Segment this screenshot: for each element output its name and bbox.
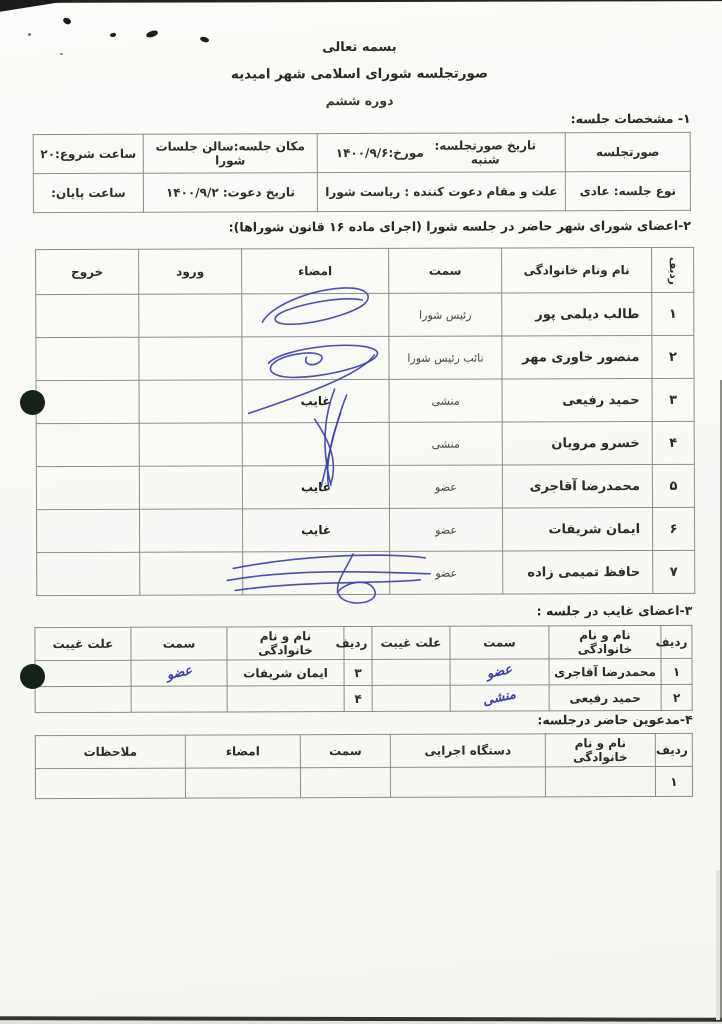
invite-date-cell: تاریخ دعوت: ۱۴۰۰/۹/۲ <box>143 173 317 213</box>
absent-row: ۱ محمدرضا آقاجری عضو ۳ ایمان شریفات عضو <box>35 658 692 686</box>
absent-label: غایب <box>301 480 331 494</box>
absent-label: غایب <box>301 523 331 537</box>
signature-cell <box>242 293 389 337</box>
exit-cell <box>36 423 139 466</box>
section3-heading: ۳-اعضای غایب در جلسه : <box>537 603 693 619</box>
member-position: رئیس شورا <box>389 293 502 336</box>
inviter-cell: علت و مقام دعوت کننده : ریاست شورا <box>317 172 565 212</box>
col-notes-header: ملاحظات <box>35 735 185 769</box>
exit-cell <box>37 552 140 595</box>
absent-name: ایمان شریفات <box>227 660 344 686</box>
absent-position-cell: عضو <box>450 659 549 685</box>
scanned-document-page: بسمه تعالی صورتجلسه شورای اسلامی شهر امی… <box>0 0 722 1024</box>
row-header-label: ردیف <box>667 257 679 285</box>
table-header-row: ردیف نام ونام خانوادگی سمت امضاء ورود خر… <box>36 247 694 294</box>
handwritten-position: عضو <box>485 662 513 682</box>
member-no: ۱ <box>652 292 694 335</box>
member-name: حافظ تمیمی زاده <box>503 550 653 594</box>
absent-position-cell: عضو <box>131 660 227 686</box>
meeting-location-cell: مکان جلسه:سالن جلسات شورا <box>143 134 317 174</box>
table-row: صورتجلسه تاریخ صورتجلسه: شنبه مورخ:۱۴۰۰/… <box>33 132 690 173</box>
absent-row: ۲ حمید رفیعی منشی ۴ <box>35 684 692 712</box>
invitee-notes <box>35 768 185 799</box>
member-row: ۳ حمید رفیعی منشی غایب <box>36 378 694 423</box>
col-agency-header: دستگاه اجرایی <box>390 734 545 768</box>
col-exit-header: خروج <box>36 249 139 294</box>
member-no: ۵ <box>652 464 694 507</box>
entry-cell <box>139 337 242 380</box>
absent-reason-cell <box>372 659 450 685</box>
col-row-header: ردیف <box>661 625 692 658</box>
member-row: ۷ حافظ تمیمی زاده عضو <box>37 550 695 595</box>
basmala-line: بسمه تعالی <box>0 39 720 57</box>
member-name: طالب دیلمی پور <box>502 292 652 336</box>
absent-position-cell <box>131 686 227 712</box>
member-position: منشی <box>389 422 502 465</box>
meeting-date-value: مورخ:۱۴۰۰/۹/۶ <box>336 146 424 160</box>
col-reason-header: علت غیبت <box>35 627 131 660</box>
absent-label: غایب <box>301 394 331 408</box>
entry-cell <box>139 380 242 423</box>
member-no: ۷ <box>653 550 695 593</box>
meeting-type-cell: نوع جلسه: عادی <box>565 171 690 210</box>
col-position-header: سمت <box>450 626 549 659</box>
exit-cell <box>36 466 139 509</box>
handwritten-position: عضو <box>165 663 193 683</box>
member-no: ۴ <box>652 421 694 464</box>
member-row: ۲ منصور خاوری مهر نائب رئیس شورا <box>36 335 694 380</box>
handwritten-position: منشی <box>482 687 518 709</box>
absent-no: ۱ <box>661 658 692 684</box>
invitee-name <box>545 766 655 796</box>
table-row: نوع جلسه: عادی علت و مقام دعوت کننده : ر… <box>33 171 690 212</box>
member-no: ۲ <box>652 335 694 378</box>
document-title: صورتجلسه شورای اسلامی شهر امیدیه <box>0 65 720 84</box>
member-name: خسرو مرویان <box>502 421 652 465</box>
absent-reason-cell <box>372 685 450 711</box>
absent-reason-cell <box>35 660 131 686</box>
col-name-header: نام و نام خانوادگی <box>549 625 661 658</box>
absent-name: حمید رفیعی <box>549 684 661 710</box>
signature-cell: غایب <box>242 508 389 552</box>
col-position-header: سمت <box>131 627 227 660</box>
member-row: ۵ محمدرضا آقاجری عضو غایب <box>36 464 694 509</box>
meeting-info-table: صورتجلسه تاریخ صورتجلسه: شنبه مورخ:۱۴۰۰/… <box>33 132 691 213</box>
invitee-row: ۱ <box>35 766 692 798</box>
member-name: ایمان شریفات <box>502 507 652 551</box>
member-row: ۴ خسرو مرویان منشی <box>36 421 694 466</box>
absent-no: ۴ <box>344 685 372 711</box>
end-time-cell: ساعت پایان: <box>33 173 143 212</box>
col-name-header: نام و نام خانوادگی <box>227 627 344 660</box>
signature-cell <box>243 551 390 595</box>
absent-members-table: ردیف نام و نام خانوادگی سمت علت غیبت ردی… <box>34 625 692 713</box>
member-position: عضو <box>390 551 503 594</box>
document-term: دوره ششم <box>0 92 721 110</box>
col-position-header: سمت <box>389 248 502 293</box>
member-row: ۶ ایمان شریفات عضو غایب <box>36 507 694 552</box>
meeting-label-cell: صورتجلسه <box>565 132 690 171</box>
absent-name: محمدرضا آقاجری <box>549 658 661 684</box>
absent-no: ۲ <box>661 684 692 710</box>
invitee-agency <box>390 767 545 798</box>
signature-cell: غایب <box>242 465 389 509</box>
document-header: بسمه تعالی صورتجلسه شورای اسلامی شهر امی… <box>0 39 721 110</box>
entry-cell <box>139 294 242 337</box>
invitee-signature <box>185 768 300 798</box>
col-name-header: نام و نام خانوادگی <box>545 733 655 766</box>
entry-cell <box>139 466 242 509</box>
present-members-table: ردیف نام ونام خانوادگی سمت امضاء ورود خر… <box>35 247 695 596</box>
col-signature-header: امضاء <box>242 248 389 294</box>
member-name: حمید رفیعی <box>502 378 652 422</box>
document-content: بسمه تعالی صورتجلسه شورای اسلامی شهر امی… <box>0 0 722 1024</box>
entry-cell <box>139 509 242 552</box>
member-position: منشی <box>389 379 502 422</box>
exit-cell <box>36 294 139 337</box>
member-position: عضو <box>389 508 502 551</box>
invitee-no: ۱ <box>655 766 692 796</box>
meeting-date-cell: تاریخ صورتجلسه: شنبه مورخ:۱۴۰۰/۹/۶ <box>317 133 565 173</box>
section1-heading: ۱- مشخصات جلسه: <box>571 111 691 126</box>
section2-heading: ۲-اعضای شورای شهر حاضر در جلسه شورا (اجر… <box>229 218 691 235</box>
absent-name <box>227 686 344 712</box>
start-time-cell: ساعت شروع:۲۰ <box>33 134 143 173</box>
col-row-header: ردیف <box>652 247 694 292</box>
signature-cell <box>242 422 389 466</box>
member-no: ۶ <box>652 507 694 550</box>
signature-cell <box>242 336 389 380</box>
member-row: ۱ طالب دیلمی پور رئیس شورا <box>36 292 694 337</box>
col-reason-header: علت غیبت <box>372 626 450 659</box>
entry-cell <box>140 552 243 595</box>
col-entry-header: ورود <box>139 249 242 294</box>
exit-cell <box>36 509 139 552</box>
hole-punch <box>20 664 45 689</box>
hole-punch <box>20 390 45 415</box>
member-name: محمدرضا آقاجری <box>502 464 652 508</box>
absent-position-cell: منشی <box>450 685 549 711</box>
table-header-row: ردیف نام و نام خانوادگی سمت علت غیبت ردی… <box>35 625 692 660</box>
col-name-header: نام ونام خانوادگی <box>502 247 652 293</box>
invitees-table: ردیف نام و نام خانوادگی دستگاه اجرایی سم… <box>35 733 693 799</box>
section4-heading: ۴-مدعوین حاضر درجلسه: <box>537 712 692 728</box>
signature-cell: غایب <box>242 379 389 423</box>
member-no: ۳ <box>652 378 694 421</box>
table-header-row: ردیف نام و نام خانوادگی دستگاه اجرایی سم… <box>35 733 692 768</box>
member-position: نائب رئیس شورا <box>389 336 502 379</box>
exit-cell <box>36 380 139 423</box>
absent-reason-cell <box>35 686 131 712</box>
entry-cell <box>139 423 242 466</box>
meeting-date-label: تاریخ صورتجلسه: شنبه <box>424 138 547 166</box>
member-name: منصور خاوری مهر <box>502 335 652 379</box>
col-signature-header: امضاء <box>185 735 300 768</box>
ink-speck <box>60 53 63 55</box>
absent-no: ۳ <box>344 659 372 685</box>
exit-cell <box>36 337 139 380</box>
invitee-position <box>300 767 390 797</box>
col-position-header: سمت <box>300 734 390 767</box>
col-row-header: ردیف <box>655 733 692 766</box>
member-position: عضو <box>389 465 502 508</box>
col-row-header: ردیف <box>344 626 372 659</box>
